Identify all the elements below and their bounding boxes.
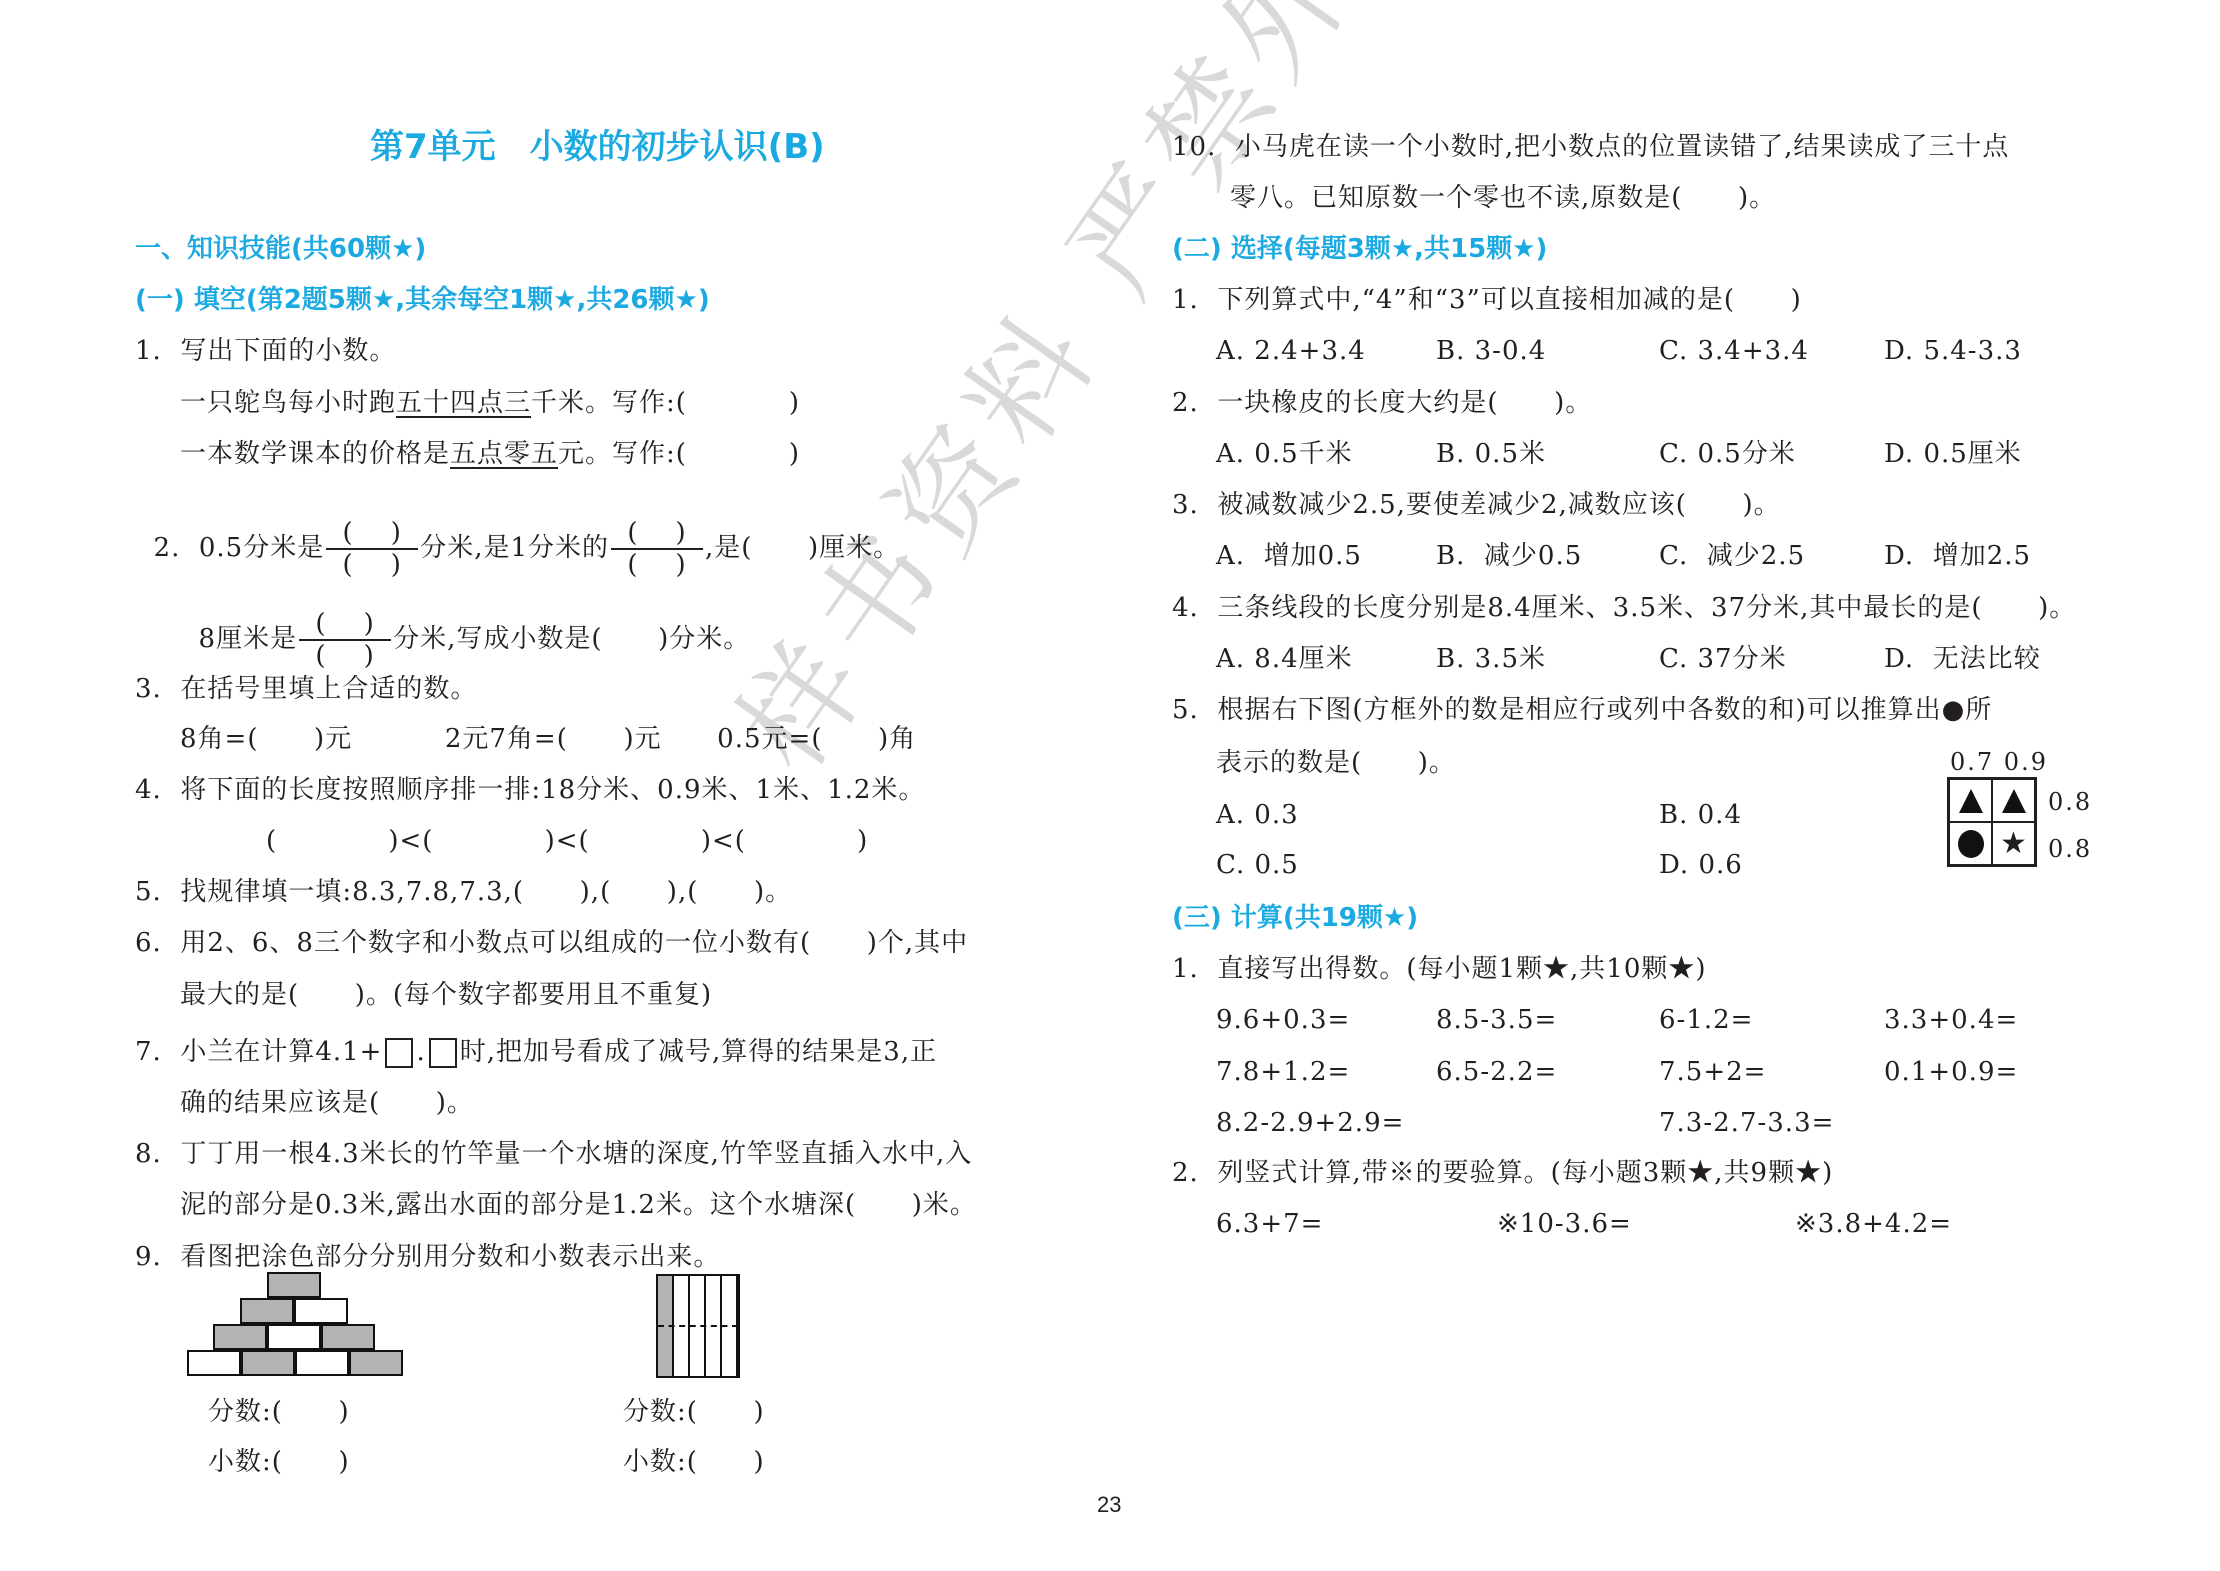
choice-q1-option-b: B. 3-0.4: [1436, 334, 1546, 368]
choice-q2-option-b: B. 0.5米: [1436, 437, 1546, 471]
q4-row: ( )<( )<( )<( ): [266, 824, 868, 858]
choice-q5-stem: 5. 根据右下图(方框外的数是相应行或列中各数的和)可以推算出●所: [1172, 693, 1992, 727]
calc1-item: 7.3-2.7-3.3=: [1659, 1106, 1834, 1140]
subsection-heading-choice: (二) 选择(每题3颗★,共15颗★): [1172, 232, 1547, 266]
calc1-item: 0.1+0.9=: [1884, 1055, 2018, 1089]
grid-column-sums: 0.7 0.9: [1950, 748, 2048, 776]
calc2-stem: 2. 列竖式计算,带※的要验算。(每小题3颗★,共9颗★): [1172, 1156, 1833, 1190]
q9-decimal-answer-right: 小数:( ): [623, 1445, 765, 1479]
star-icon: ★: [1992, 822, 2035, 865]
q10-line2: 零八。已知原数一个零也不读,原数是( )。: [1230, 181, 1776, 215]
subsection-heading-calc: (三) 计算(共19颗★): [1172, 901, 1418, 935]
choice-q1-option-d: D. 5.4-3.3: [1884, 334, 2022, 368]
q9-stem: 9. 看图把涂色部分分别用分数和小数表示出来。: [135, 1240, 720, 1274]
q8-line2: 泥的部分是0.3米,露出水面的部分是1.2米。这个水塘深( )米。: [180, 1188, 977, 1222]
q7-line2: 确的结果应该是( )。: [180, 1086, 474, 1120]
q3-row: 8角=( )元 2元7角=( )元 0.5元=( )角: [180, 722, 916, 756]
choice-q1-option-a: A. 2.4+3.4: [1216, 334, 1366, 368]
calc1-item: 8.5-3.5=: [1436, 1003, 1557, 1037]
calc2-item: ※10-3.6=: [1497, 1207, 1632, 1241]
calc1-item: 6-1.2=: [1659, 1003, 1753, 1037]
calc1-item: 3.3+0.4=: [1884, 1003, 2018, 1037]
choice-q2-option-a: A. 0.5千米: [1216, 437, 1353, 471]
page-title: 第7单元 小数的初步认识(B): [370, 126, 825, 168]
calc1-item: 7.8+1.2=: [1216, 1055, 1350, 1089]
grid-row-sum-2: 0.8: [2048, 835, 2092, 863]
q9-decimal-answer-left: 小数:( ): [208, 1445, 350, 1479]
choice-q5-option-b: B. 0.4: [1659, 798, 1742, 832]
calc1-item: 6.5-2.2=: [1436, 1055, 1557, 1089]
strip-rectangle-diagram: [656, 1274, 740, 1378]
q8-line1: 8. 丁丁用一根4.3米长的竹竿量一个水塘的深度,竹竿竖直插入水中,入: [135, 1137, 972, 1171]
choice-q4-option-c: C. 37分米: [1659, 642, 1787, 676]
choice-q4-option-d: D. 无法比较: [1884, 642, 2041, 676]
blank-box-icon: [429, 1038, 457, 1068]
q2-line-b: 8厘米是( )( )分米,写成小数是( )分米。: [180, 579, 750, 671]
choice-q3-option-a: A. 增加0.5: [1216, 539, 1362, 573]
q1-line-b: 一本数学课本的价格是五点零五元。写作:( ): [180, 437, 800, 471]
calc1-stem: 1. 直接写出得数。(每小题1颗★,共10颗★): [1172, 952, 1707, 986]
choice-q4-option-b: B. 3.5米: [1436, 642, 1546, 676]
circle-icon: [1949, 822, 1992, 865]
choice-q4-option-a: A. 8.4厘米: [1216, 642, 1353, 676]
q5: 5. 找规律填一填:8.3,7.8,7.3,( ),( ),( )。: [135, 875, 792, 909]
subsection-heading-fill: (一) 填空(第2题5颗★,其余每空1颗★,共26颗★): [135, 283, 710, 317]
triangle-icon: [1949, 779, 1992, 822]
choice-q1-stem: 1. 下列算式中,“4”和“3”可以直接相加减的是( ): [1172, 283, 1802, 317]
q10-line1: 10. 小马虎在读一个小数时,把小数点的位置读错了,结果读成了三十点: [1172, 130, 2009, 164]
calc1-item: 9.6+0.3=: [1216, 1003, 1350, 1037]
choice-q4-stem: 4. 三条线段的长度分别是8.4厘米、3.5米、37分米,其中最长的是( )。: [1172, 591, 2076, 625]
choice-q2-option-d: D. 0.5厘米: [1884, 437, 2022, 471]
q7-line1: 7. 小兰在计算4.1+.时,把加号看成了减号,算得的结果是3,正: [135, 1035, 937, 1069]
q3-stem: 3. 在括号里填上合适的数。: [135, 672, 477, 706]
page-number: 23: [1097, 1492, 1121, 1518]
choice-q3-option-c: C. 减少2.5: [1659, 539, 1805, 573]
calc1-item: 7.5+2=: [1659, 1055, 1766, 1089]
section-heading-knowledge: 一、知识技能(共60颗★): [135, 232, 426, 266]
calc1-item: 8.2-2.9+2.9=: [1216, 1106, 1404, 1140]
symbol-grid: ★: [1947, 777, 2037, 867]
grid-row-sum-1: 0.8: [2048, 788, 2092, 816]
choice-q3-option-d: D. 增加2.5: [1884, 539, 2031, 573]
q6-line1: 6. 用2、6、8三个数字和小数点可以组成的一位小数有( )个,其中: [135, 926, 968, 960]
choice-q1-option-c: C. 3.4+3.4: [1659, 334, 1809, 368]
fraction-blank: ( )( ): [611, 518, 703, 580]
choice-q2-option-c: C. 0.5分米: [1659, 437, 1796, 471]
q9-fraction-answer-left: 分数:( ): [208, 1395, 350, 1429]
choice-q5-option-d: D. 0.6: [1659, 848, 1743, 882]
choice-q5-stem-cont: 表示的数是( )。: [1216, 746, 1456, 780]
choice-q3-option-b: B. 减少0.5: [1436, 539, 1582, 573]
q2-line-a: 2. 0.5分米是( )( )分米,是1分米的( )( ),是( )厘米。: [135, 488, 900, 580]
q9-fraction-answer-right: 分数:( ): [623, 1395, 765, 1429]
q4-stem: 4. 将下面的长度按照顺序排一排:18分米、0.9米、1米、1.2米。: [135, 773, 925, 807]
calc2-item: 6.3+7=: [1216, 1207, 1323, 1241]
choice-q3-stem: 3. 被减数减少2.5,要使差减少2,减数应该( )。: [1172, 488, 1781, 522]
fraction-blank: ( )( ): [326, 518, 418, 580]
choice-q5-option-c: C. 0.5: [1216, 848, 1299, 882]
choice-q5-option-a: A. 0.3: [1216, 798, 1299, 832]
q6-line2: 最大的是( )。(每个数字都要用且不重复): [180, 978, 712, 1012]
blank-box-icon: [385, 1038, 413, 1068]
fraction-blank: ( )( ): [299, 609, 391, 671]
q1-stem: 1. 写出下面的小数。: [135, 334, 396, 368]
q1-line-a: 一只鸵鸟每小时跑五十四点三千米。写作:( ): [180, 386, 800, 420]
triangle-icon: [1992, 779, 2035, 822]
choice-q2-stem: 2. 一块橡皮的长度大约是( )。: [1172, 386, 1592, 420]
calc2-item: ※3.8+4.2=: [1795, 1207, 1952, 1241]
